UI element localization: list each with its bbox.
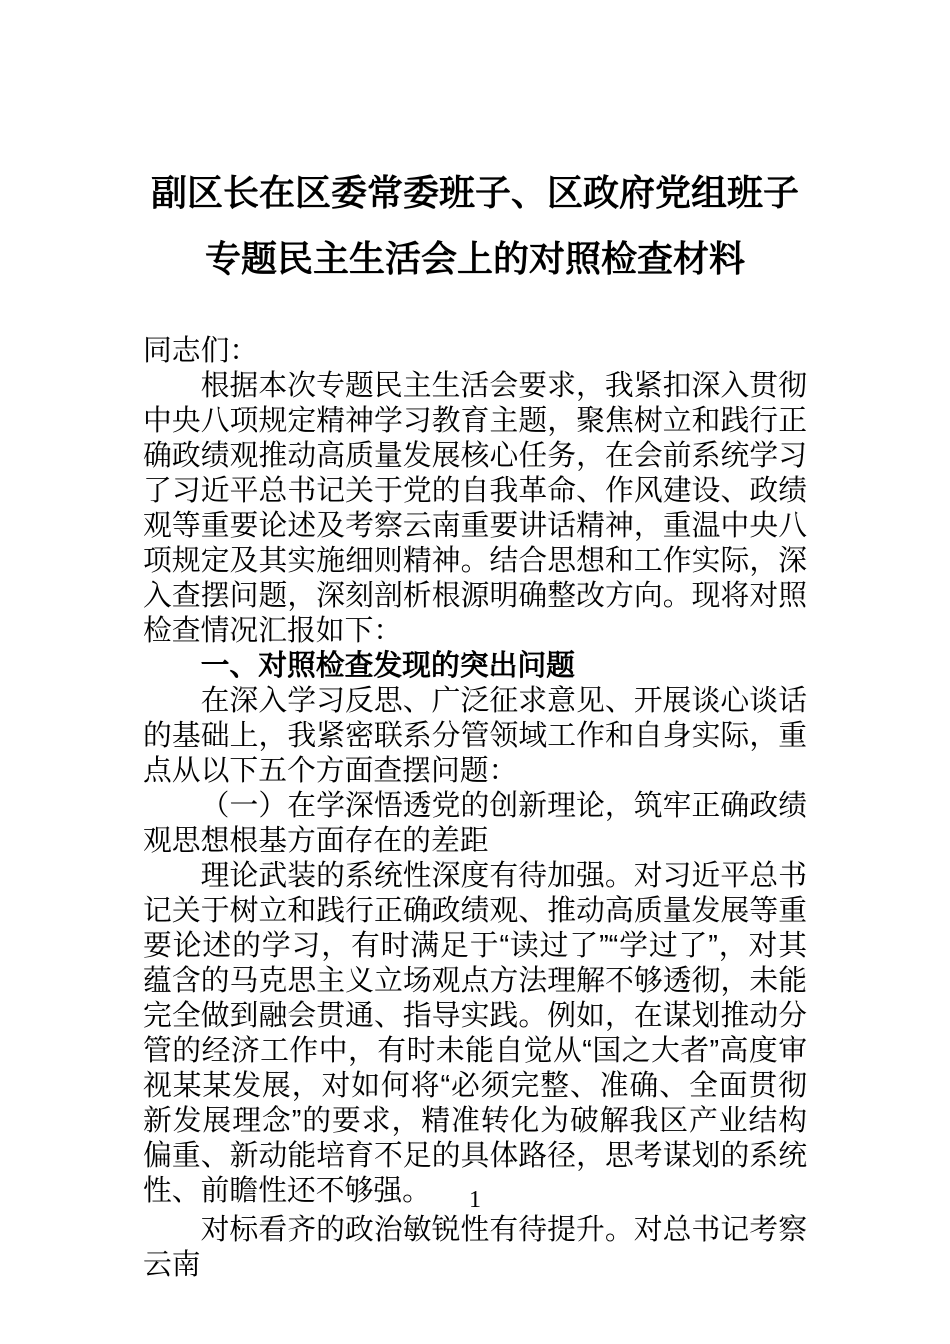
page-number: 1 <box>0 1186 950 1214</box>
paragraph-overview: 在深入学习反思、广泛征求意见、开展谈心谈话的基础上，我紧密联系分管领域工作和自身… <box>143 684 807 789</box>
section-heading-1: 一、对照检查发现的突出问题 <box>143 649 807 684</box>
paragraph-issue-theory: 理论武装的系统性深度有待加强。对习近平总书记关于树立和践行正确政绩观、推动高质量… <box>143 859 807 1209</box>
document-title-line-1: 副区长在区委常委班子、区政府党组班子 <box>70 160 880 226</box>
paragraph-issue-alignment-partial: 对标看齐的政治敏锐性有待提升。对总书记考察云南 <box>143 1213 807 1283</box>
document-body: 同志们： 根据本次专题民主生活会要求，我紧扣深入贯彻中央八项规定精神学习教育主题… <box>143 334 807 1283</box>
subsection-heading-1-1: （一）在学深悟透党的创新理论，筑牢正确政绩观思想根基方面存在的差距 <box>143 789 807 859</box>
document-title-line-2: 专题民主生活会上的对照检查材料 <box>70 226 880 292</box>
document-page: 副区长在区委常委班子、区政府党组班子 专题民主生活会上的对照检查材料 同志们： … <box>0 0 950 1344</box>
paragraph-intro: 根据本次专题民主生活会要求，我紧扣深入贯彻中央八项规定精神学习教育主题，聚焦树立… <box>143 369 807 649</box>
document-title: 副区长在区委常委班子、区政府党组班子 专题民主生活会上的对照检查材料 <box>70 160 880 292</box>
salutation: 同志们： <box>143 334 807 369</box>
